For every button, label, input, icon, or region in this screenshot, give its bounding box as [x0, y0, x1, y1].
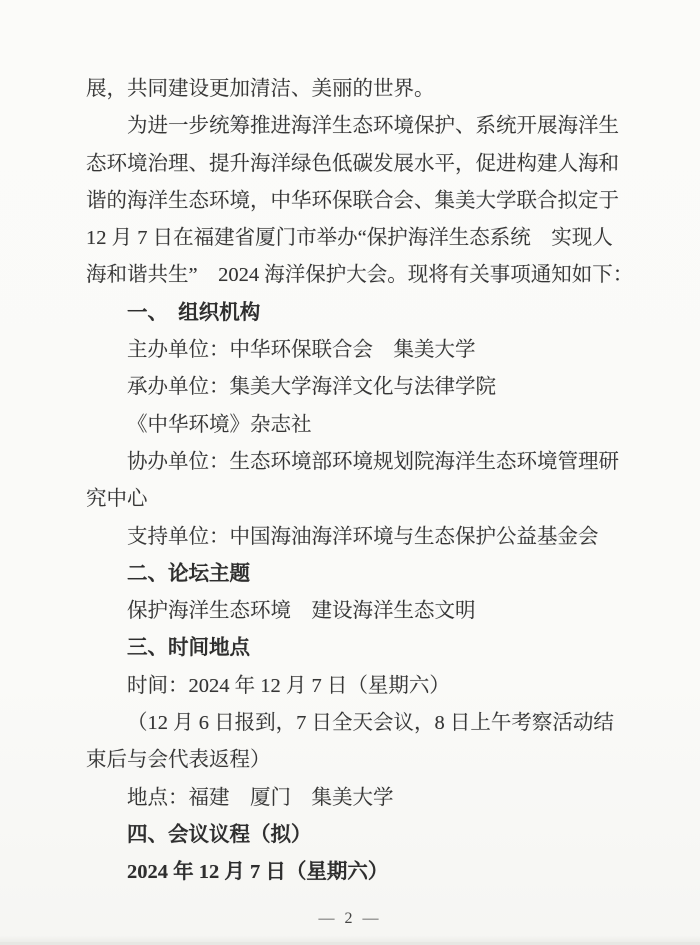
para-closing-line: 展，共同建设更加清洁、美丽的世界。 — [86, 71, 646, 108]
document-body: 展，共同建设更加清洁、美丽的世界。 为进一步统筹推进海洋生态环境保护、系统开展海… — [86, 71, 646, 892]
co-organizer-line-1: 协办单位：生态环境部环境规划院海洋生态环境管理研 — [86, 444, 646, 481]
intro-line-4: 12 月 7 日在福建省厦门市举办“保护海洋生态系统 实现人 — [86, 220, 646, 257]
heading-2-forum-theme: 二、论坛主题 — [86, 556, 646, 593]
intro-line-3: 谐的海洋生态环境，中华环保联合会、集美大学联合拟定于 — [86, 183, 646, 220]
location-line: 地点：福建 厦门 集美大学 — [86, 780, 646, 817]
heading-1-organization: 一、 组织机构 — [86, 295, 646, 332]
supporter-line: 支持单位：中国海油海洋环境与生态保护公益基金会 — [86, 519, 646, 556]
schedule-note-line-1: （12 月 6 日报到，7 日全天会议，8 日上午考察活动结 — [86, 705, 646, 742]
scanned-document-page: 展，共同建设更加清洁、美丽的世界。 为进一步统筹推进海洋生态环境保护、系统开展海… — [0, 0, 700, 945]
co-organizer-line-2: 究中心 — [86, 481, 646, 518]
forum-theme-line: 保护海洋生态环境 建设海洋生态文明 — [86, 593, 646, 630]
agenda-date-line: 2024 年 12 月 7 日（星期六） — [86, 854, 646, 891]
magazine-line: 《中华环境》杂志社 — [86, 407, 646, 444]
intro-line-1: 为进一步统筹推进海洋生态环境保护、系统开展海洋生 — [86, 108, 646, 145]
intro-line-5: 海和谐共生” 2024 海洋保护大会。现将有关事项通知如下： — [86, 257, 646, 294]
schedule-note-line-2: 束后与会代表返程） — [86, 742, 646, 779]
time-line: 时间：2024 年 12 月 7 日（星期六） — [86, 668, 646, 705]
page-number: — 2 — — [0, 910, 700, 928]
host-units-line: 主办单位：中华环保联合会 集美大学 — [86, 332, 646, 369]
heading-4-agenda: 四、会议议程（拟） — [86, 817, 646, 854]
organizer-line: 承办单位：集美大学海洋文化与法律学院 — [86, 369, 646, 406]
heading-3-time-location: 三、时间地点 — [86, 630, 646, 667]
intro-line-2: 态环境治理、提升海洋绿色低碳发展水平，促进构建人海和 — [86, 146, 646, 183]
